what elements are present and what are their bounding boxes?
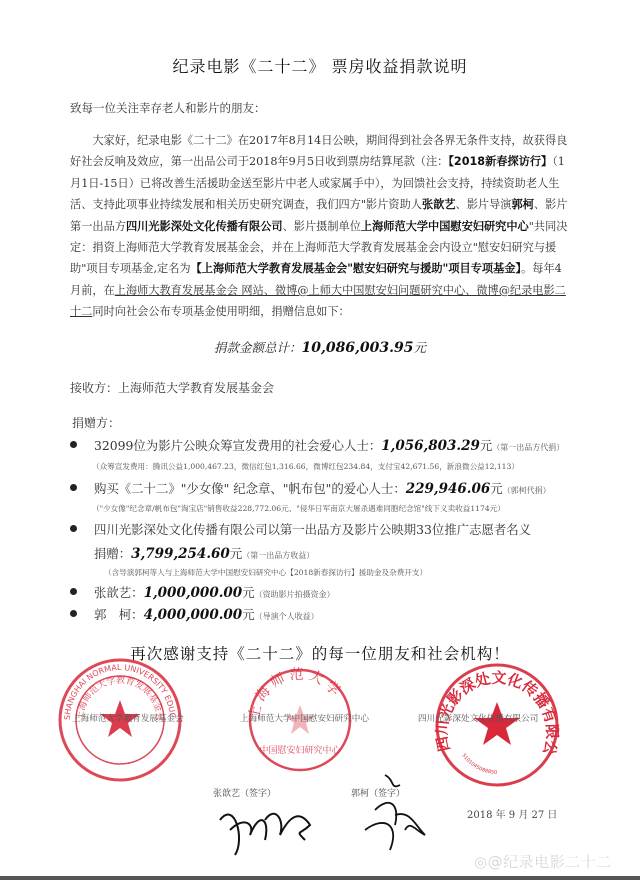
- org-label: 上海师范大学教育发展基金会: [72, 712, 184, 724]
- donor-unit: 元: [480, 438, 492, 453]
- svg-text:5101045088850: 5101045088850: [460, 753, 497, 776]
- company-stamp-icon: 四川光影深处文化传播有限公司 5101045088850: [432, 660, 562, 790]
- bullet-icon: [70, 610, 77, 617]
- donor-item: 张歆艺：1,000,000.00元（资助影片拍摄资金）: [70, 583, 335, 601]
- donor-amount: 229,946.06: [406, 481, 491, 497]
- donor-unit: 元: [242, 607, 254, 622]
- bullet-icon: [70, 484, 77, 491]
- donor-note: （郭柯代捐）: [503, 486, 551, 495]
- donor-detail: （"少女像"纪念章/帆布包"淘宝店"销售收益228,772.06元、"侵华日军南…: [92, 503, 505, 514]
- body-text: 、影片导演: [456, 198, 512, 211]
- body-paragraph: 大家好，纪录电影《二十二》在2017年8月14日公映，期间得到社会各界无条件支持…: [70, 130, 572, 323]
- research-center-name: 上海师范大学中国慰安妇研究中心: [361, 220, 529, 233]
- donor-note: （第一出品方代捐）: [492, 443, 564, 452]
- company-name: 四川光影深处文化传播有限公司: [126, 220, 283, 233]
- director-name: 郭柯: [512, 198, 534, 211]
- document-title: 纪录电影《二十二》 票房收益捐款说明: [0, 54, 640, 77]
- visit-event-name: 【2018新春探访行】: [448, 155, 552, 168]
- svg-text:中国慰安妇研究中心: 中国慰安妇研究中心: [259, 744, 341, 756]
- donor-text: 32099位为影片公映众筹宣发费用的社会爱心人士：: [94, 438, 381, 453]
- salutation: 致每一位关注幸存老人和影片的朋友：: [70, 100, 266, 116]
- bullet-icon: [70, 441, 77, 448]
- donor-amount: 4,000,000.00: [144, 607, 243, 623]
- total-amount: 10,086,003.95: [301, 340, 413, 356]
- watermark-text: @纪录电影二十二: [488, 853, 612, 871]
- signature-guo-icon: [355, 770, 435, 860]
- donor-continuation: 捐赠：3,799,254.60元（第一出品方收益）: [94, 544, 314, 562]
- donor-text: 张歆艺：: [94, 585, 144, 600]
- bullet-icon: [70, 525, 77, 532]
- receiver: 接收方：上海师范大学教育发展基金会: [70, 379, 274, 396]
- donor-amount: 1,000,000.00: [144, 585, 243, 601]
- donor-unit: 元: [230, 546, 242, 561]
- donor-item: 四川光影深处文化传播有限公司以第一出品方及影片公映期33位推广志愿者名义: [70, 520, 531, 538]
- org-label: 四川光影深处文化传播有限公司: [418, 712, 538, 724]
- donor-text: 购买《二十二》"少女像" 纪念章、"帆布包"的爱心人士：: [94, 481, 406, 496]
- donor-item: 32099位为影片公映众筹宣发费用的社会爱心人士：1,056,803.29元（第…: [70, 436, 564, 454]
- donor-detail: （众筹宣发费用：腾讯公益1,000,467.23，微信红包1,316.66，微博…: [92, 461, 519, 472]
- bullet-icon: [70, 588, 77, 595]
- donor-note: （第一出品方收益）: [242, 551, 314, 560]
- total-label: 捐款金额总计：: [214, 340, 302, 355]
- donor-item: 购买《二十二》"少女像" 纪念章、"帆布包"的爱心人士：229,946.06元（…: [70, 479, 551, 497]
- donor-unit: 元: [490, 481, 502, 496]
- total-unit: 元: [414, 340, 427, 355]
- donor-amount: 3,799,254.60: [131, 546, 230, 562]
- donor-text: 捐赠：: [94, 546, 131, 561]
- signature-zhang-icon: [215, 790, 325, 860]
- scan-edge: [0, 876, 640, 880]
- body-text: 、影片摄制单位: [283, 220, 361, 233]
- donor-detail: （含导演郭柯等人与上海师范大学中国慰安妇研究中心【2018新春探访行】援助金及杂…: [104, 567, 427, 578]
- donor-text: 郭 柯：: [94, 607, 144, 622]
- body-text: 同时向社会公布专项基金使用明细，捐赠信息如下：: [92, 305, 349, 318]
- weibo-watermark: ◎@纪录电影二十二: [474, 851, 612, 872]
- donor-note: （资助影片拍摄资金）: [255, 590, 335, 599]
- donor-unit: 元: [242, 585, 254, 600]
- weibo-icon: ◎: [474, 853, 488, 871]
- sponsor-name: 张歆艺: [422, 198, 456, 211]
- donor-text: 四川光影深处文化传播有限公司以第一出品方及影片公映期33位推广志愿者名义: [94, 522, 531, 537]
- org-label: 上海师范大学中国慰安妇研究中心: [240, 712, 369, 724]
- donation-statement-page: 纪录电影《二十二》 票房收益捐款说明 致每一位关注幸存老人和影片的朋友： 大家好…: [0, 0, 640, 880]
- donor-item: 郭 柯：4,000,000.00元（导演个人收益）: [70, 605, 319, 623]
- document-date: 2018 年 9 月 27 日: [467, 806, 557, 821]
- donors-label: 捐赠方：: [72, 414, 120, 431]
- fund-name: 【上海师范大学教育发展基金会"慰安妇研究与援助"项目专项基金】: [191, 262, 522, 275]
- donor-amount: 1,056,803.29: [381, 438, 480, 454]
- donor-note: （导演个人收益）: [255, 612, 319, 621]
- total-donation: 捐款金额总计：10,086,003.95元: [0, 338, 640, 356]
